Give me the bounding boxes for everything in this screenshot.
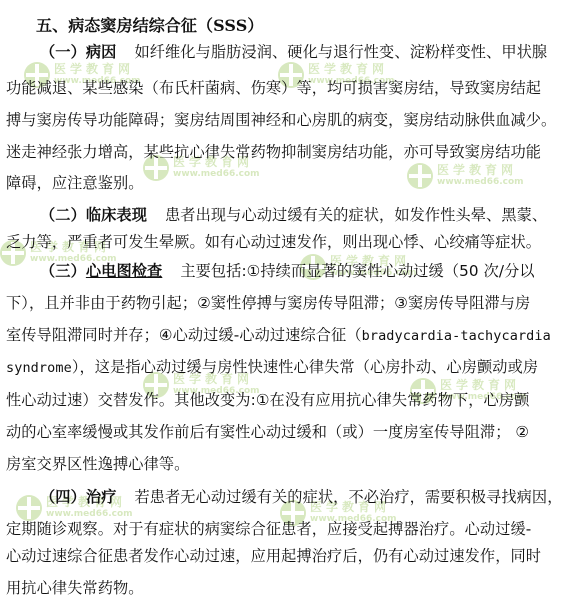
- paragraph-line: 定期随诊观察。对于有症状的病窦综合征患者，应接受起搏器治疗。心动过缓-: [6, 519, 558, 539]
- heading-treatment: （四）治疗: [40, 488, 116, 506]
- heading-ecg: 心电图检查: [86, 262, 162, 280]
- paragraph-line: 心动过速综合征患者发作心动过速，应用起搏治疗后，仍有心动过速发作，同时: [6, 546, 558, 566]
- paragraph-ecg-line-1: （三）心电图检查主要包括:①持续而显著的窦性心动过缓（50 次/分以: [40, 261, 558, 281]
- paragraph-line: syndrome），这是指心动过缓与房性快速性心律失常（心房扑动、心房颤动或房: [6, 357, 558, 378]
- paragraph-line: 房室交界区性逸搏心律等。: [6, 454, 558, 474]
- paragraph-line: 下），且并非由于药物引起；②窦性停搏与窦房传导阻滞；③窦房传导阻滞与房: [6, 293, 558, 313]
- heading-clinical: （二）临床表现: [40, 206, 147, 224]
- section-title: 五、病态窦房结综合征（SSS）: [36, 16, 563, 36]
- paragraph-line: 迷走神经张力增高，某些抗心律失常药物抑制窦房结功能，亦可导致窦房结功能: [6, 142, 558, 162]
- paragraph-etiology-line-1: （一）病因如纤维化与脂肪浸润、硬化与退行性变、淀粉样变性、甲状腺: [40, 42, 558, 62]
- heading-etiology: （一）病因: [40, 43, 116, 61]
- paragraph-clinical-line-1: （二）临床表现患者出现与心动过缓有关的症状，如发作性头晕、黑蒙、: [40, 205, 558, 225]
- paragraph-line: 动的心室率缓慢或其发作前后有窦性心动过缓和（或）一度房室传导阻滞； ②: [6, 422, 558, 442]
- paragraph-treatment-line-1: （四）治疗若患者无心动过缓有关的症状，不必治疗，需要积极寻找病因，: [40, 487, 558, 507]
- paragraph-line: 性心动过速）交替发作。其他改变为:①在没有应用抗心律失常药物下，心房颤: [6, 390, 558, 410]
- paragraph-line: 室传导阻滞同时并存；④心动过缓-心动过速综合征（bradycardia-tach…: [6, 325, 558, 346]
- paragraph-line: 功能减退、某些感染（布氏杆菌病、伤寒）等，均可损害窦房结，导致窦房结起: [6, 78, 558, 98]
- paragraph-line: 搏与窦房传导功能障碍；窦房结周围神经和心房肌的病变，窦房结动脉供血减少。: [6, 110, 558, 130]
- paragraph-line: 障碍，应注意鉴别。: [6, 173, 558, 193]
- paragraph-line: 乏力等，严重者可发生晕厥。如有心动过速发作，则出现心悸、心绞痛等症状。: [6, 232, 558, 252]
- watermark-logo-icon: [16, 495, 42, 521]
- paragraph-line: 用抗心律失常药物。: [6, 578, 558, 598]
